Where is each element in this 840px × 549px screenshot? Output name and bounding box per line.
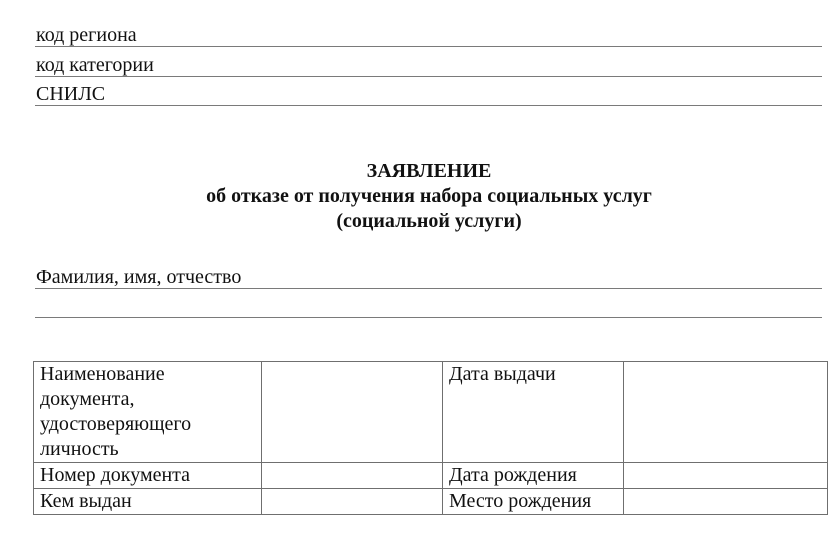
birth-date-value[interactable]: [624, 463, 828, 489]
issued-by-label: Кем выдан: [34, 489, 262, 515]
table-row: Номер документа Дата рождения: [34, 463, 828, 489]
title-subtitle-line-1: об отказе от получения набора социальных…: [0, 184, 840, 209]
full-name-label: Фамилия, имя, отчество: [36, 266, 241, 288]
birth-place-label: Место рождения: [443, 489, 624, 515]
region-code-label: код региона: [36, 24, 137, 46]
identity-document-table: Наименование документа, удостоверяющего …: [33, 361, 828, 515]
table-row: Наименование документа, удостоверяющего …: [34, 362, 828, 463]
full-name-field-continuation[interactable]: [35, 317, 822, 318]
birth-date-label: Дата рождения: [443, 463, 624, 489]
issued-by-value[interactable]: [262, 489, 443, 515]
title-subtitle-line-2: (социальной услуги): [0, 209, 840, 234]
snils-label: СНИЛС: [36, 83, 105, 105]
document-number-value[interactable]: [262, 463, 443, 489]
birth-place-value[interactable]: [624, 489, 828, 515]
issue-date-value[interactable]: [624, 362, 828, 463]
full-name-field[interactable]: [35, 288, 822, 289]
document-number-label: Номер документа: [34, 463, 262, 489]
category-code-label: код категории: [36, 54, 154, 76]
snils-field[interactable]: [35, 105, 822, 106]
table-row: Кем выдан Место рождения: [34, 489, 828, 515]
document-title: ЗАЯВЛЕНИЕ об отказе от получения набора …: [0, 159, 840, 234]
document-name-value[interactable]: [262, 362, 443, 463]
category-code-field[interactable]: [35, 76, 822, 77]
issue-date-label: Дата выдачи: [443, 362, 624, 463]
region-code-field[interactable]: [35, 46, 822, 47]
document-name-label: Наименование документа, удостоверяющего …: [34, 362, 262, 463]
title-main: ЗАЯВЛЕНИЕ: [0, 159, 840, 184]
